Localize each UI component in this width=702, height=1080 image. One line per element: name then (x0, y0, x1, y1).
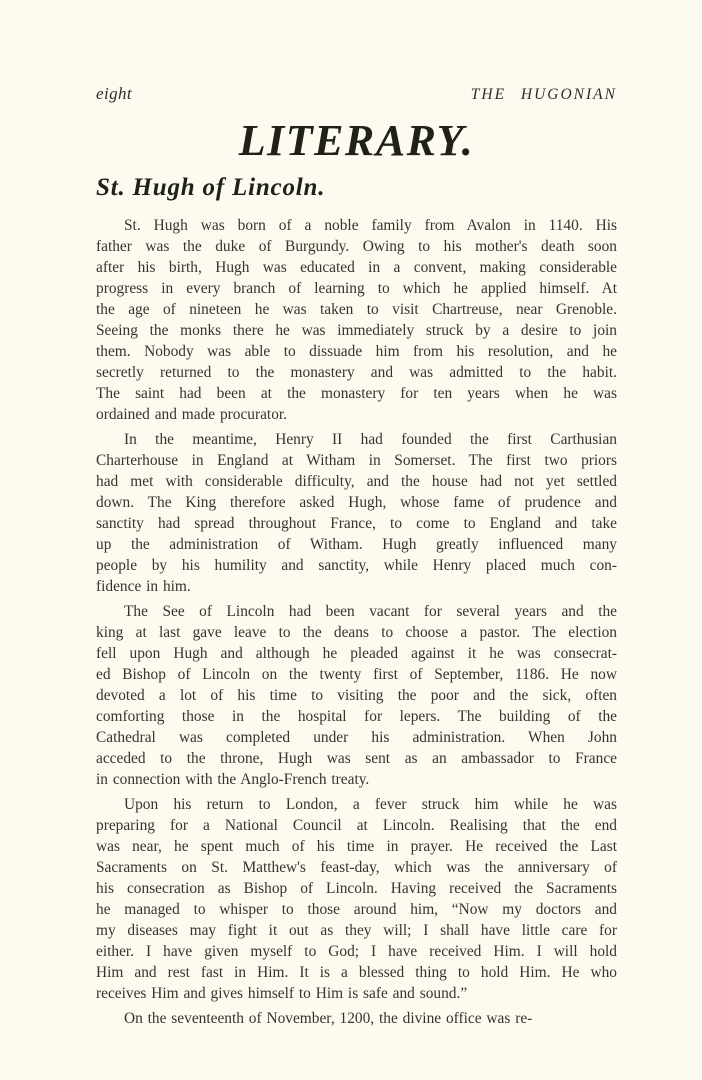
text-line: acceded to the throne, Hugh was sent as … (96, 748, 617, 769)
running-header: eight THE HUGONIAN (0, 0, 702, 105)
text-line: down. The King therefore asked Hugh, who… (96, 492, 617, 513)
text-line: fell upon Hugh and although he pleaded a… (96, 643, 617, 664)
text-line: my diseases may fight it out as they wil… (96, 920, 617, 941)
text-line: The See of Lincoln had been vacant for s… (96, 601, 617, 622)
article-body: St. Hugh was born of a noble family from… (96, 215, 617, 1029)
paragraph: In the meantime, Henry II had founded th… (96, 429, 617, 597)
text-line: receives Him and gives himself to Him is… (96, 983, 617, 1004)
text-line: progress in every branch of learning to … (96, 278, 617, 299)
text-line: sanctity had spread throughout France, t… (96, 513, 617, 534)
text-line: had met with considerable difficulty, an… (96, 471, 617, 492)
text-line: his consecration as Bishop of Lincoln. H… (96, 878, 617, 899)
page-number: eight (96, 84, 132, 104)
paragraph: The See of Lincoln had been vacant for s… (96, 601, 617, 790)
text-line: fidence in him. (96, 576, 617, 597)
text-line: Upon his return to London, a fever struc… (96, 794, 617, 815)
text-line: In the meantime, Henry II had founded th… (96, 429, 617, 450)
text-line: in connection with the Anglo-French trea… (96, 769, 617, 790)
scanned-page: eight THE HUGONIAN LITERARY. St. Hugh of… (0, 0, 702, 1080)
text-line: devoted a lot of his time to visiting th… (96, 685, 617, 706)
section-heading: LITERARY. (96, 117, 617, 165)
text-line: Him and rest fast in Him. It is a blesse… (96, 962, 617, 983)
text-line: Cathedral was completed under his admini… (96, 727, 617, 748)
text-line: preparing for a National Council at Linc… (96, 815, 617, 836)
text-line: The saint had been at the monastery for … (96, 383, 617, 404)
paragraph: Upon his return to London, a fever struc… (96, 794, 617, 1004)
text-line: Sacraments on St. Matthew's feast-day, w… (96, 857, 617, 878)
paragraph: On the seventeenth of November, 1200, th… (96, 1008, 617, 1029)
publication-title: THE HUGONIAN (471, 85, 617, 105)
text-line: On the seventeenth of November, 1200, th… (96, 1008, 617, 1029)
text-line: secretly returned to the monastery and w… (96, 362, 617, 383)
text-line: ed Bishop of Lincoln on the twenty first… (96, 664, 617, 685)
text-line: St. Hugh was born of a noble family from… (96, 215, 617, 236)
text-line: them. Nobody was able to dissuade him fr… (96, 341, 617, 362)
text-line: up the administration of Witham. Hugh gr… (96, 534, 617, 555)
text-line: either. I have given myself to God; I ha… (96, 941, 617, 962)
text-line: comforting those in the hospital for lep… (96, 706, 617, 727)
text-line: ordained and made procurator. (96, 404, 617, 425)
text-line: king at last gave leave to the deans to … (96, 622, 617, 643)
text-line: people by his humility and sanctity, whi… (96, 555, 617, 576)
text-line: after his birth, Hugh was educated in a … (96, 257, 617, 278)
paragraph: St. Hugh was born of a noble family from… (96, 215, 617, 425)
text-line: he managed to whisper to those around hi… (96, 899, 617, 920)
text-line: was near, he spent much of his time in p… (96, 836, 617, 857)
article-title: St. Hugh of Lincoln. (96, 173, 617, 202)
text-line: Seeing the monks there he was immediatel… (96, 320, 617, 341)
text-line: father was the duke of Burgundy. Owing t… (96, 236, 617, 257)
text-line: Charterhouse in England at Witham in Som… (96, 450, 617, 471)
text-line: the age of nineteen he was taken to visi… (96, 299, 617, 320)
